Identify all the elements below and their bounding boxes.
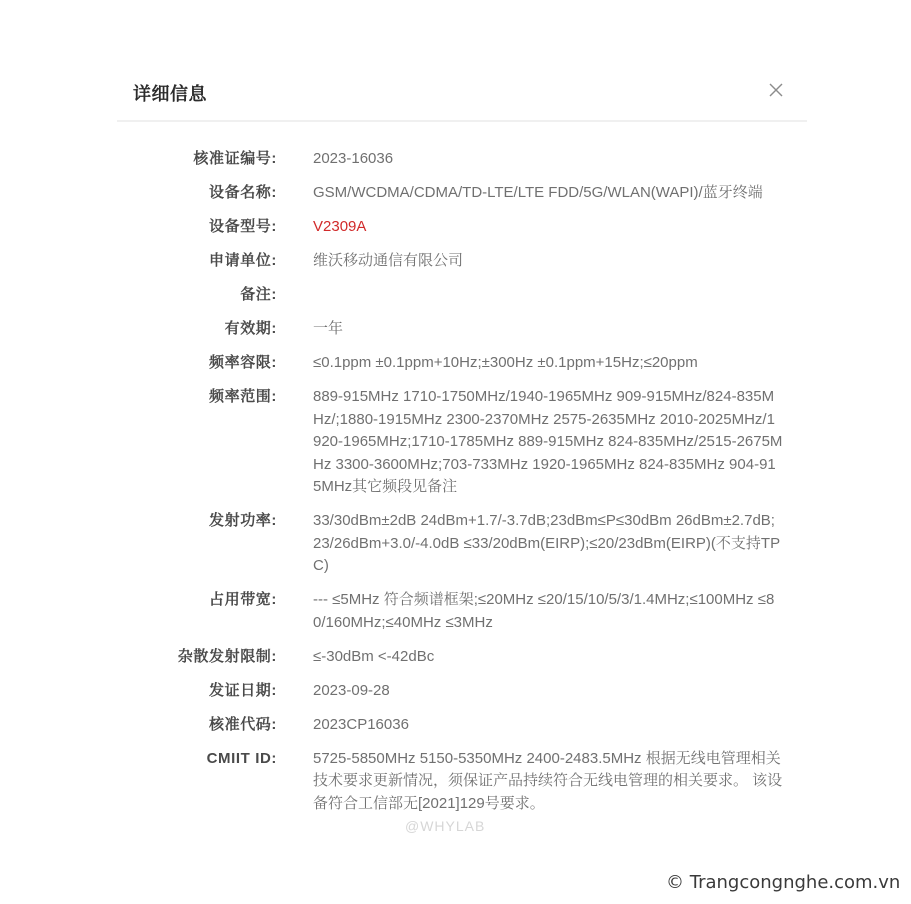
field-value: 一年 (313, 318, 783, 341)
field-value: ≤-30dBm <-42dBc (313, 646, 783, 669)
close-icon (767, 81, 785, 99)
field-issue-date: 发证日期: 2023-09-28 (117, 680, 807, 703)
field-value: 5725-5850MHz 5150-5350MHz 2400-2483.5MHz… (313, 748, 783, 816)
field-value: 2023-16036 (313, 148, 783, 171)
details-list: 核准证编号: 2023-16036 设备名称: GSM/WCDMA/CDMA/T… (117, 148, 807, 827)
field-label: 杂散发射限制: (117, 646, 277, 669)
field-label: 频率范围: (117, 386, 277, 409)
field-label: 频率容限: (117, 352, 277, 375)
field-label: CMIIT ID: (117, 748, 277, 771)
field-label: 设备型号: (117, 216, 277, 239)
dialog-header: 详细信息 (117, 66, 807, 122)
field-label: 发证日期: (117, 680, 277, 703)
field-label: 核准证编号: (117, 148, 277, 171)
field-value: 2023CP16036 (313, 714, 783, 737)
field-approval-number: 核准证编号: 2023-16036 (117, 148, 807, 171)
field-validity: 有效期: 一年 (117, 318, 807, 341)
field-label: 备注: (117, 284, 277, 307)
field-applicant: 申请单位: 维沃移动通信有限公司 (117, 250, 807, 273)
field-value (313, 284, 783, 307)
footer-credit: © Trangcongnghe.com.vn (666, 872, 900, 893)
watermark: @WHYLAB (405, 818, 485, 834)
field-value: --- ≤5MHz 符合频谱框架;≤20MHz ≤20/15/10/5/3/1.… (313, 589, 783, 634)
field-occupied-bandwidth: 占用带宽: --- ≤5MHz 符合频谱框架;≤20MHz ≤20/15/10/… (117, 589, 807, 634)
field-device-model: 设备型号: V2309A (117, 216, 807, 239)
field-value: GSM/WCDMA/CDMA/TD-LTE/LTE FDD/5G/WLAN(WA… (313, 182, 783, 205)
field-cmiit-id: CMIIT ID: 5725-5850MHz 5150-5350MHz 2400… (117, 748, 807, 816)
details-dialog: 详细信息 核准证编号: 2023-16036 设备名称: GSM/WCDMA/C… (117, 66, 807, 122)
field-value: 889-915MHz 1710-1750MHz/1940-1965MHz 909… (313, 386, 783, 499)
field-device-name: 设备名称: GSM/WCDMA/CDMA/TD-LTE/LTE FDD/5G/W… (117, 182, 807, 205)
field-label: 占用带宽: (117, 589, 277, 612)
field-value: 2023-09-28 (313, 680, 783, 703)
field-value: 33/30dBm±2dB 24dBm+1.7/-3.7dB;23dBm≤P≤30… (313, 510, 783, 578)
field-approval-code: 核准代码: 2023CP16036 (117, 714, 807, 737)
field-transmit-power: 发射功率: 33/30dBm±2dB 24dBm+1.7/-3.7dB;23dB… (117, 510, 807, 578)
field-label: 发射功率: (117, 510, 277, 533)
field-value: ≤0.1ppm ±0.1ppm+10Hz;±300Hz ±0.1ppm+15Hz… (313, 352, 783, 375)
field-value: 维沃移动通信有限公司 (313, 250, 783, 273)
dialog-title: 详细信息 (133, 80, 207, 106)
field-frequency-range: 频率范围: 889-915MHz 1710-1750MHz/1940-1965M… (117, 386, 807, 499)
field-label: 核准代码: (117, 714, 277, 737)
field-label: 有效期: (117, 318, 277, 341)
field-label: 设备名称: (117, 182, 277, 205)
field-value: V2309A (313, 216, 783, 239)
field-spurious-emission: 杂散发射限制: ≤-30dBm <-42dBc (117, 646, 807, 669)
field-remarks: 备注: (117, 284, 807, 307)
field-label: 申请单位: (117, 250, 277, 273)
close-button[interactable] (767, 81, 785, 99)
field-frequency-tolerance: 频率容限: ≤0.1ppm ±0.1ppm+10Hz;±300Hz ±0.1pp… (117, 352, 807, 375)
